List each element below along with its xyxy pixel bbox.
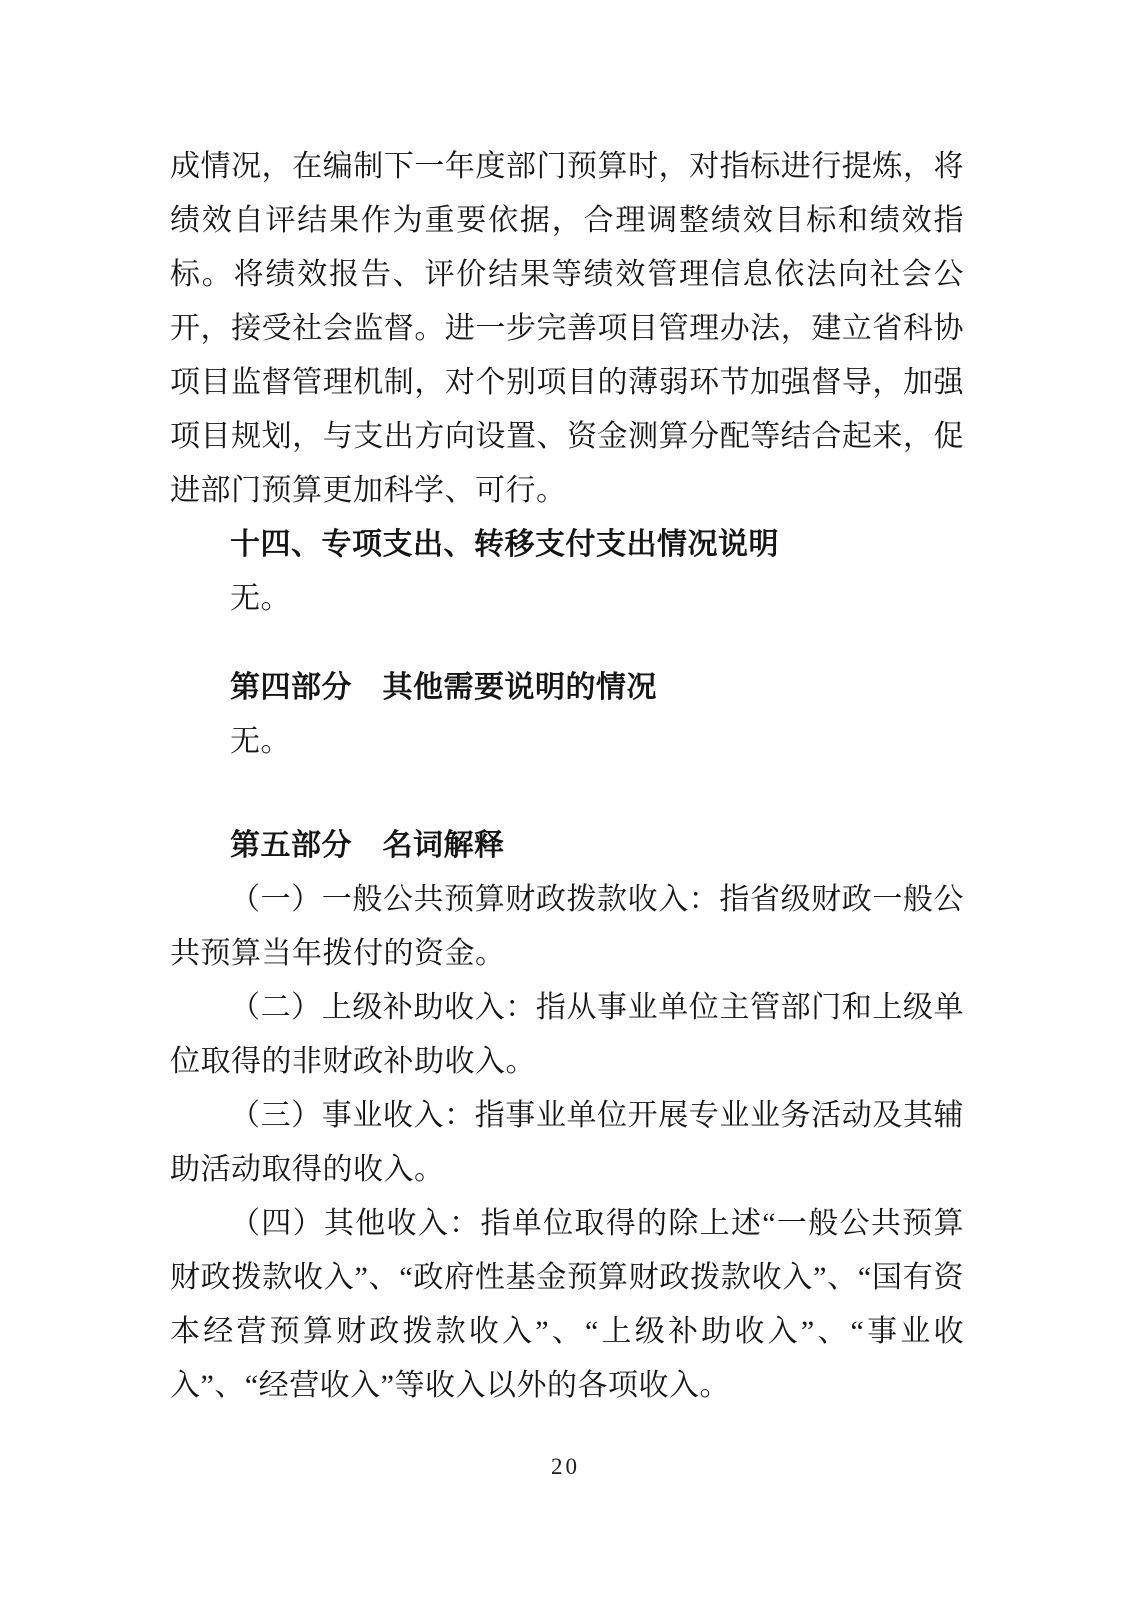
part-5-heading: 第五部分 名词解释 [170,819,964,873]
definition-item-4: （四）其他收入：指单位取得的除上述“一般公共预算财政拨款收入”、“政府性基金预算… [170,1197,964,1413]
section-14-heading: 十四、专项支出、转移支付支出情况说明 [170,518,964,572]
part-4-body: 无。 [170,715,964,769]
definition-item-3: （三）事业收入：指事业单位开展专业业务活动及其辅助活动取得的收入。 [170,1089,964,1197]
continuation-paragraph: 成情况，在编制下一年度部门预算时，对指标进行提炼，将绩效自评结果作为重要依据，合… [170,140,964,518]
definition-item-1: （一）一般公共预算财政拨款收入：指省级财政一般公共预算当年拨付的资金。 [170,873,964,981]
definition-item-2: （二）上级补助收入：指从事业单位主管部门和上级单位取得的非财政补助收入。 [170,981,964,1089]
page-content: 成情况，在编制下一年度部门预算时，对指标进行提炼，将绩效自评结果作为重要依据，合… [170,140,964,1413]
document-page: 成情况，在编制下一年度部门预算时，对指标进行提炼，将绩效自评结果作为重要依据，合… [0,0,1131,1600]
part-4-heading: 第四部分 其他需要说明的情况 [170,661,964,715]
section-14-body: 无。 [170,572,964,626]
page-number: 20 [0,1452,1131,1482]
